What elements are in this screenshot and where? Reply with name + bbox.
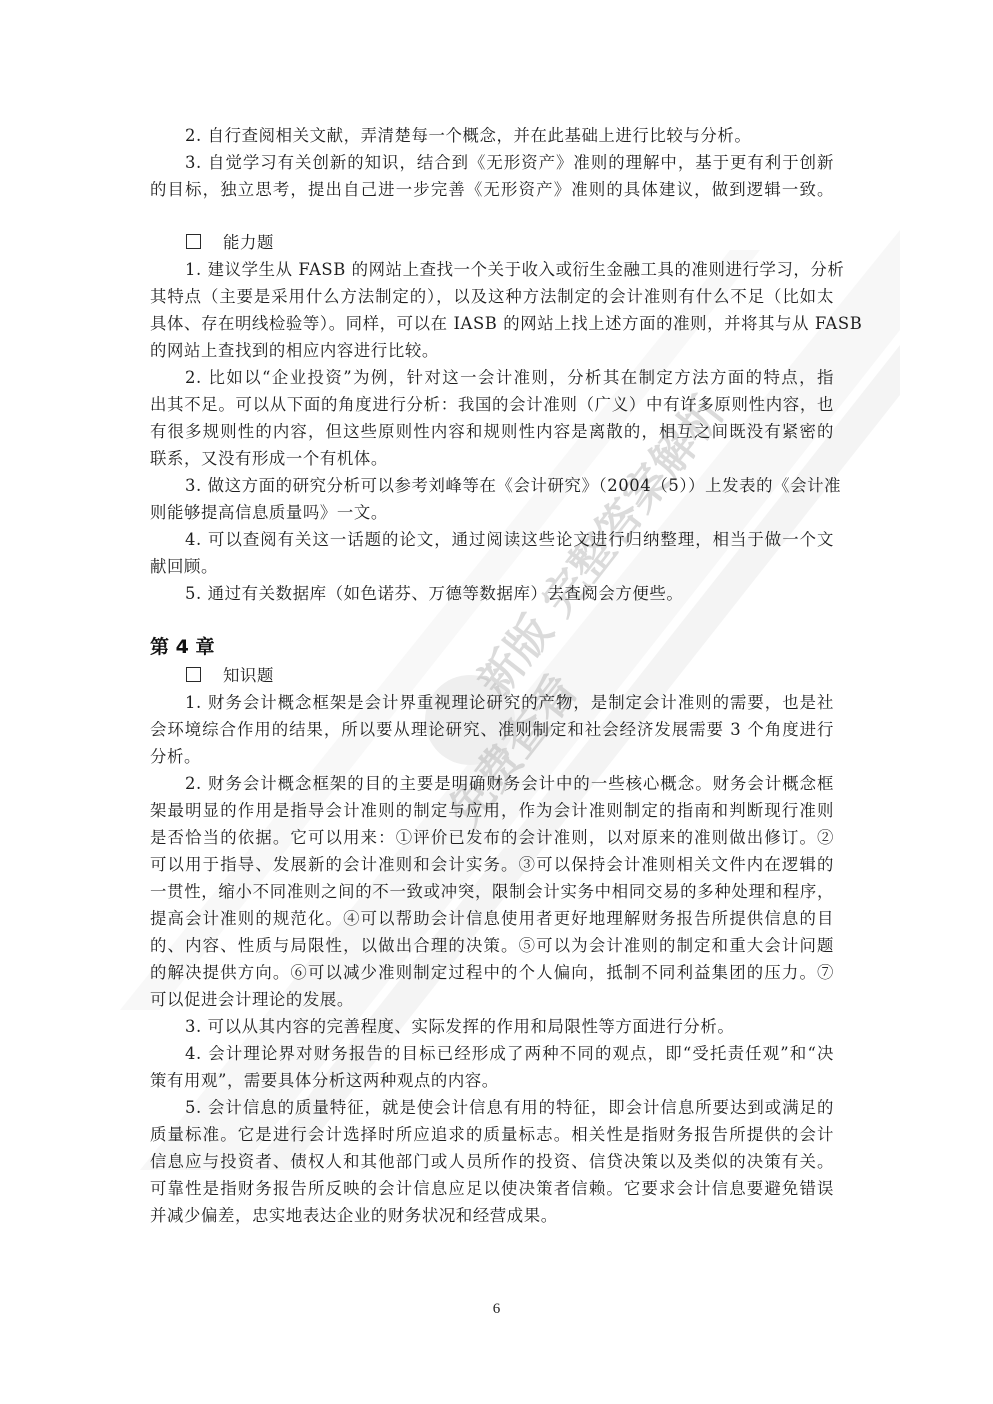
- text-line: 2. 财务会计概念框架的目的主要是明确财务会计中的一些核心概念。财务会计概念框: [150, 770, 834, 797]
- text-line: 5. 会计信息的质量特征，就是使会计信息有用的特征，即会计信息所要达到或满足的: [150, 1094, 834, 1121]
- page-content: 2. 自行查阅相关文献，弄清楚每一个概念，并在此基础上进行比较与分析。 3. 自…: [150, 122, 834, 1229]
- text-line: 可以用于指导、发展新的会计准则和会计实务。③可以保持会计准则相关文件内在逻辑的: [150, 851, 834, 878]
- text-line: 5. 通过有关数据库（如色诺芬、万德等数据库）去查阅会方便些。: [150, 580, 834, 607]
- text-line: 3. 做这方面的研究分析可以参考刘峰等在《会计研究》（2004（5））上发表的《…: [150, 472, 834, 499]
- ability-item-4: 4. 可以查阅有关这一话题的论文，通过阅读这些论文进行归纳整理，相当于做一个文 …: [150, 526, 834, 580]
- ability-item-5: 5. 通过有关数据库（如色诺芬、万德等数据库）去查阅会方便些。: [150, 580, 834, 607]
- text-line: 献回顾。: [150, 553, 834, 580]
- ability-item-2: 2. 比如以“企业投资”为例，针对这一会计准则，分析其在制定方法方面的特点，指 …: [150, 364, 834, 472]
- text-line: 的、内容、性质与局限性，以做出合理的决策。⑤可以为会计准则的制定和重大会计问题: [150, 932, 834, 959]
- document-page: 新版 完整答案解析 免费查看 2. 自行查阅相关文献，弄清楚每一个概念，并在此基…: [0, 0, 993, 1404]
- text-line: 3. 可以从其内容的完善程度、实际发挥的作用和局限性等方面进行分析。: [150, 1013, 834, 1040]
- text-line: 的解决提供方向。⑥可以减少准则制定过程中的个人偏向，抵制不同利益集团的压力。⑦: [150, 959, 834, 986]
- text-line: 2. 自行查阅相关文献，弄清楚每一个概念，并在此基础上进行比较与分析。: [150, 122, 834, 149]
- ability-item-1: 1. 建议学生从 FASB 的网站上查找一个关于收入或衍生金融工具的准则进行学习…: [150, 256, 834, 364]
- text-line: 其特点（主要是采用什么方法制定的），以及这种方法制定的会计准则有什么不足（比如太: [150, 283, 834, 310]
- section-heading-label: 知识题: [223, 666, 274, 685]
- knowledge-item-4: 4. 会计理论界对财务报告的目标已经形成了两种不同的观点，即“受托责任观”和“决…: [150, 1040, 834, 1094]
- text-line: 的目标，独立思考，提出自己进一步完善《无形资产》准则的具体建议，做到逻辑一致。: [150, 176, 834, 203]
- text-line: 联系，又没有形成一个有机体。: [150, 445, 834, 472]
- text-line: 3. 自觉学习有关创新的知识，结合到《无形资产》准则的理解中，基于更有利于创新: [150, 149, 834, 176]
- text-line: 2. 比如以“企业投资”为例，针对这一会计准则，分析其在制定方法方面的特点，指: [150, 364, 834, 391]
- text-line: 会环境综合作用的结果，所以要从理论研究、准则制定和社会经济发展需要 3 个角度进…: [150, 716, 834, 743]
- text-line: 可以促进会计理论的发展。: [150, 986, 834, 1013]
- ability-item-3: 3. 做这方面的研究分析可以参考刘峰等在《会计研究》（2004（5））上发表的《…: [150, 472, 834, 526]
- section-heading-knowledge: 知识题: [150, 662, 834, 689]
- text-line: 1. 建议学生从 FASB 的网站上查找一个关于收入或衍生金融工具的准则进行学习…: [150, 256, 834, 283]
- text-line: 是否恰当的依据。它可以用来：①评价已发布的会计准则，以对原来的准则做出修订。②: [150, 824, 834, 851]
- text-line: 出其不足。可以从下面的角度进行分析：我国的会计准则（广义）中有许多原则性内容，也: [150, 391, 834, 418]
- checkbox-square-icon: [186, 667, 201, 682]
- text-line: 则能够提高信息质量吗》一文。: [150, 499, 834, 526]
- knowledge-item-3: 3. 可以从其内容的完善程度、实际发挥的作用和局限性等方面进行分析。: [150, 1013, 834, 1040]
- knowledge-item-2: 2. 财务会计概念框架的目的主要是明确财务会计中的一些核心概念。财务会计概念框 …: [150, 770, 834, 1013]
- prev-item-2: 2. 自行查阅相关文献，弄清楚每一个概念，并在此基础上进行比较与分析。: [150, 122, 834, 149]
- knowledge-item-1: 1. 财务会计概念框架是会计界重视理论研究的产物，是制定会计准则的需要，也是社 …: [150, 689, 834, 770]
- text-line: 1. 财务会计概念框架是会计界重视理论研究的产物，是制定会计准则的需要，也是社: [150, 689, 834, 716]
- text-line: 的网站上查找到的相应内容进行比较。: [150, 337, 834, 364]
- text-line: 策有用观”，需要具体分析这两种观点的内容。: [150, 1067, 834, 1094]
- text-line: 信息应与投资者、债权人和其他部门或人员所作的投资、信贷决策以及类似的决策有关。: [150, 1148, 834, 1175]
- text-line: 具体、存在明线检验等）。同样，可以在 IASB 的网站上找上述方面的准则，并将其…: [150, 310, 834, 337]
- text-line: 4. 会计理论界对财务报告的目标已经形成了两种不同的观点，即“受托责任观”和“决: [150, 1040, 834, 1067]
- chapter-title: 第 4 章: [150, 632, 834, 662]
- text-line: 提高会计准则的规范化。④可以帮助会计信息使用者更好地理解财务报告所提供信息的目: [150, 905, 834, 932]
- knowledge-item-5: 5. 会计信息的质量特征，就是使会计信息有用的特征，即会计信息所要达到或满足的 …: [150, 1094, 834, 1229]
- section-heading-ability: 能力题: [150, 229, 834, 256]
- section-heading-label: 能力题: [223, 233, 274, 252]
- text-line: 分析。: [150, 743, 834, 770]
- text-line: 并减少偏差，忠实地表达企业的财务状况和经营成果。: [150, 1202, 834, 1229]
- prev-item-3: 3. 自觉学习有关创新的知识，结合到《无形资产》准则的理解中，基于更有利于创新 …: [150, 149, 834, 203]
- text-line: 一贯性，缩小不同准则之间的不一致或冲突，限制会计实务中相同交易的多种处理和程序，: [150, 878, 834, 905]
- text-line: 质量标准。它是进行会计选择时所应追求的质量标志。相关性是指财务报告所提供的会计: [150, 1121, 834, 1148]
- text-line: 4. 可以查阅有关这一话题的论文，通过阅读这些论文进行归纳整理，相当于做一个文: [150, 526, 834, 553]
- page-number: 6: [0, 1301, 993, 1318]
- text-line: 架最明显的作用是指导会计准则的制定与应用，作为会计准则制定的指南和判断现行准则: [150, 797, 834, 824]
- text-line: 可靠性是指财务报告所反映的会计信息应足以使决策者信赖。它要求会计信息要避免错误: [150, 1175, 834, 1202]
- checkbox-square-icon: [186, 234, 201, 249]
- text-line: 有很多规则性的内容，但这些原则性内容和规则性内容是离散的，相互之间既没有紧密的: [150, 418, 834, 445]
